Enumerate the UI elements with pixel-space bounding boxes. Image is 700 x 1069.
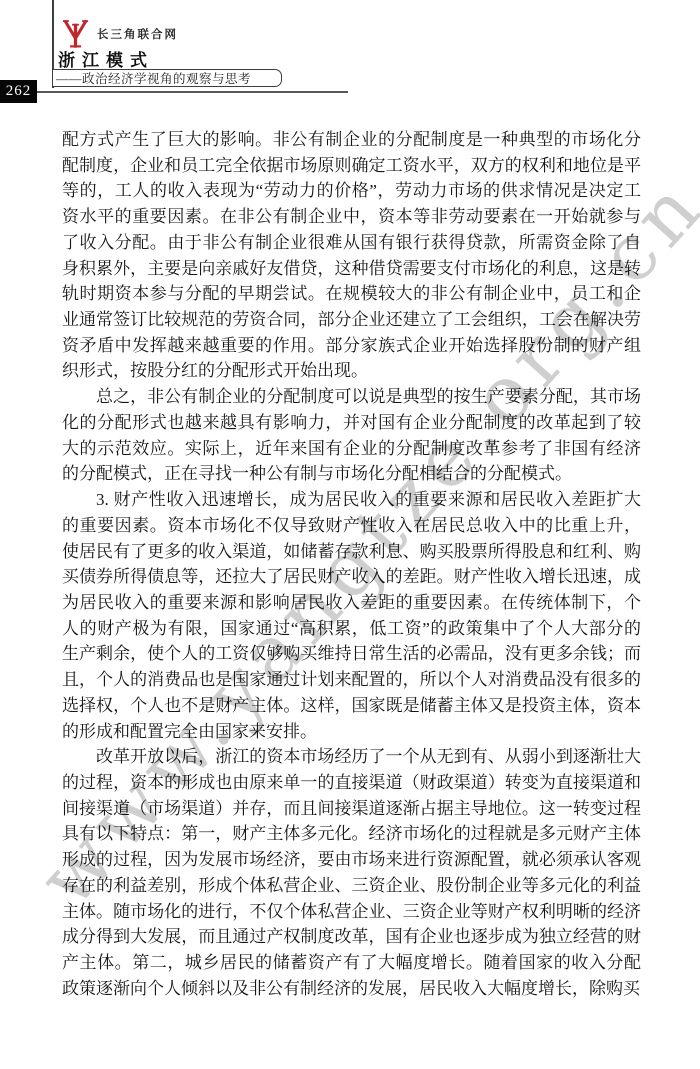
- book-subtitle-label: ——政治经济学视角的观察与思考: [56, 69, 251, 87]
- text-line: 具有以下特点：第一，财产主体多元化。经济市场化的过程就是多元财产主体: [62, 821, 641, 847]
- text-line: 主体。随市场化的进行，不仅个体私营企业、三资企业等财产权利明晰的经济: [62, 899, 641, 925]
- text-line: 的过程，资本的形成也由原来单一的直接渠道（财政渠道）转变为直接渠道和: [62, 770, 641, 796]
- text-line: 买债券所得债息等，还拉大了居民财产收入的差距。财产性收入增长迅速，成: [62, 564, 641, 590]
- text-line: 产主体。第二，城乡居民的储蓄资产有了大幅度增长。随着国家的收入分配: [62, 950, 641, 976]
- text-line: 化的分配形式也越来越具有影响力，并对国有企业分配制度的改革起到了较: [62, 410, 641, 436]
- text-line: 改革开放以后，浙江的资本市场经历了一个从无到有、从弱小到逐渐壮大: [62, 744, 641, 770]
- page-number: 262: [6, 83, 32, 100]
- text-line: 政策逐渐向个人倾斜以及非公有制经济的发展，居民收入大幅度增长，除购买: [62, 976, 641, 1002]
- book-subtitle: ——政治经济学视角的观察与思考: [53, 69, 282, 87]
- text-line: 了收入分配。由于非公有制企业很难从国有银行获得贷款，所需资金除了自: [62, 230, 641, 256]
- text-line: 轨时期资本参与分配的早期尝试。在规模较大的非公有制企业中，员工和企: [62, 281, 641, 307]
- text-line: 3. 财产性收入迅速增长，成为居民收入的重要来源和居民收入差距扩大: [62, 487, 641, 513]
- text-line: 总之，非公有制企业的分配制度可以说是典型的按生产要素分配，其市场: [62, 384, 641, 410]
- text-line: 等的，工人的收入表现为“劳动力的价格”，劳动力市场的供求情况是决定工: [62, 178, 641, 204]
- text-line: 身积累外，主要是向亲戚好友借贷，这种借贷需要支付市场化的利息，这是转: [62, 256, 641, 282]
- text-line: 形成的过程，因为发展市场经济，要由市场来进行资源配置，就必须承认客观: [62, 847, 641, 873]
- text-line: 织形式，按股分红的分配形式开始出现。: [62, 358, 641, 384]
- yangtze-logo-icon: [62, 18, 89, 49]
- header-horizontal-rule: [37, 91, 348, 93]
- text-line: 使居民有了更多的收入渠道，如储蓄存款利息、购买股票所得股息和红利、购: [62, 539, 641, 565]
- page-number-badge: 262: [0, 80, 37, 103]
- text-line: 且，个人的消费品也是国家通过计划来配置的，所以个人对消费品没有很多的: [62, 667, 641, 693]
- text-line: 间接渠道（市场渠道）并存，而且间接渠道逐渐占据主导地位。这一转变过程: [62, 796, 641, 822]
- text-line: 配方式产生了巨大的影响。非公有制企业的分配制度是一种典型的市场化分: [62, 127, 641, 153]
- text-line: 业通常签订比较规范的劳资合同，部分企业还建立了工会组织，工会在解决劳: [62, 307, 641, 333]
- text-line: 资矛盾中发挥越来越重要的作用。部分家族式企业开始选择股份制的财产组: [62, 333, 641, 359]
- text-line: 的重要因素。资本市场化不仅导致财产性收入在居民总收入中的比重上升，: [62, 513, 641, 539]
- text-line: 生产剩余，使个人的工资仅够购买维持日常生活的必需品，没有更多余钱；而: [62, 641, 641, 667]
- text-line: 选择权，个人也不是财产主体。这样，国家既是储蓄主体又是投资主体，资本: [62, 693, 641, 719]
- text-line: 成分得到大发展，而且通过产权制度改革，国有企业也逐步成为独立经营的财: [62, 924, 641, 950]
- book-page: 长三角联合网 浙江模式 ——政治经济学视角的观察与思考 262 配方式产生了巨大…: [0, 0, 700, 1069]
- body-text: 配方式产生了巨大的影响。非公有制企业的分配制度是一种典型的市场化分配制度，企业和…: [62, 127, 641, 1001]
- site-name: 长三角联合网: [97, 26, 178, 42]
- text-line: 人的财产极为有限，国家通过“高积累，低工资”的政策集中了个人大部分的: [62, 616, 641, 642]
- book-title: 浙江模式: [58, 46, 154, 71]
- text-line: 为居民收入的重要来源和影响居民收入差距的重要因素。在传统体制下，个: [62, 590, 641, 616]
- text-line: 大的示范效应。实际上，近年来国有企业的分配制度改革参考了非国有经济: [62, 436, 641, 462]
- text-line: 的形成和配置完全由国家来安排。: [62, 719, 641, 745]
- text-line: 配制度，企业和员工完全依据市场原则确定工资水平，双方的权利和地位是平: [62, 153, 641, 179]
- text-line: 资水平的重要因素。在非公有制企业中，资本等非劳动要素在一开始就参与: [62, 204, 641, 230]
- text-line: 的分配模式，正在寻找一种公有制与市场化分配相结合的分配模式。: [62, 461, 641, 487]
- text-line: 存在的利益差别，形成个体私营企业、三资企业、股份制企业等多元化的利益: [62, 873, 641, 899]
